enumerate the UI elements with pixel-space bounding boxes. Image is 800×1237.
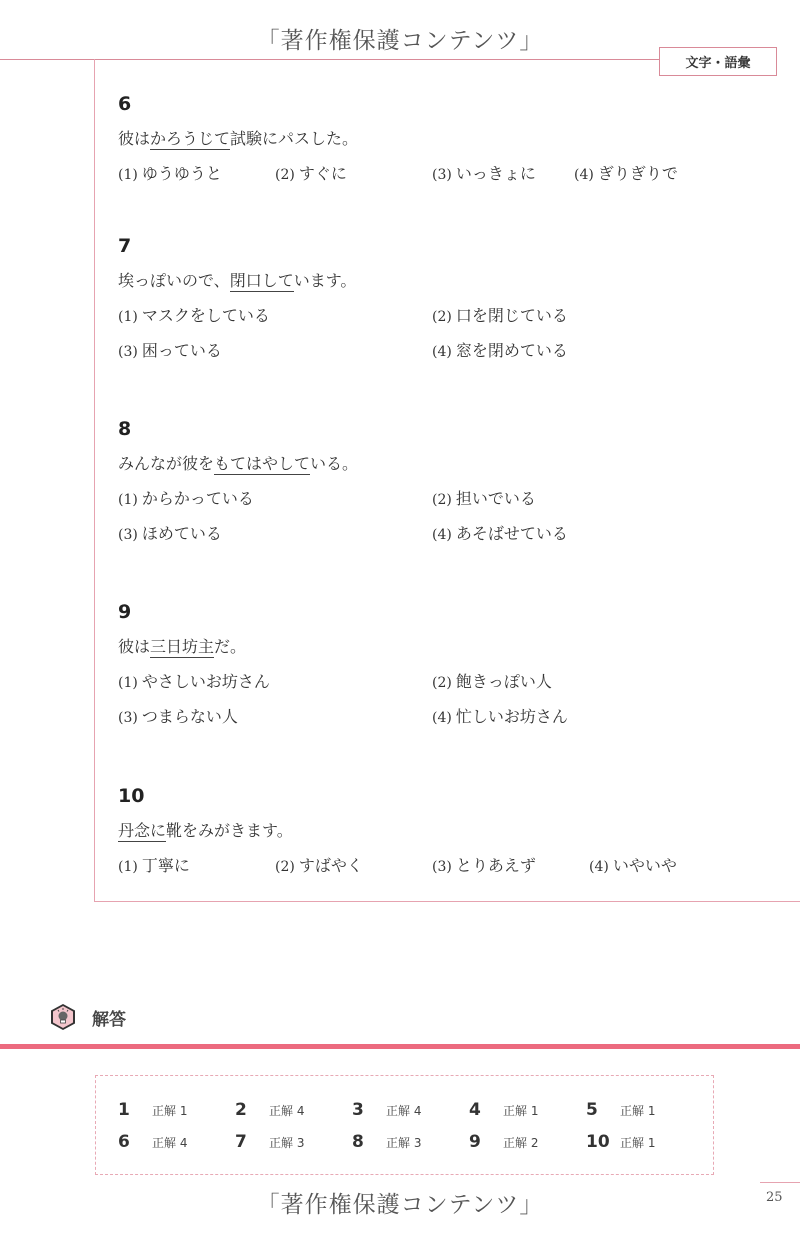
page-number-rule (760, 1182, 800, 1183)
options-row: (1)からかっている (2)担いでいる (118, 486, 758, 508)
option-2[interactable]: (2)すばやく (275, 853, 432, 875)
options-row: (1)丁寧に (2)すばやく (3)とりあえず (4)いやいや (118, 853, 758, 875)
question-7: 7 埃っぽいので、閉口しています。 (1)マスクをしている (2)口を閉じている… (118, 235, 758, 360)
question-10: 10 丹念に靴をみがきます。 (1)丁寧に (2)すばやく (3)とりあえず (… (118, 785, 758, 875)
answers-title: 解答 (92, 1005, 126, 1030)
option-1[interactable]: (1)からかっている (118, 486, 432, 508)
option-1[interactable]: (1)マスクをしている (118, 303, 432, 325)
page-number: 25 (766, 1190, 783, 1205)
answer-key-box: 1正解 1 2正解 4 3正解 4 4正解 1 5正解 1 6正解 4 7正解 … (95, 1075, 714, 1175)
answer-item: 5正解 1 (586, 1100, 703, 1120)
stem-text: いる。 (310, 454, 358, 473)
options-row: (3)ほめている (4)あそばせている (118, 521, 758, 543)
option-1[interactable]: (1)丁寧に (118, 853, 275, 875)
question-number: 7 (118, 235, 758, 259)
question-8: 8 みんなが彼をもてはやしている。 (1)からかっている (2)担いでいる (3… (118, 418, 758, 543)
copyright-watermark-bottom: 「著作権保護コンテンツ」 (0, 1186, 800, 1219)
answer-item: 9正解 2 (469, 1132, 586, 1152)
option-4[interactable]: (4)窓を閉めている (432, 338, 746, 360)
option-4[interactable]: (4)いやいや (589, 853, 677, 875)
option-3[interactable]: (3)いっきょに (432, 161, 574, 183)
answers-rule (0, 1044, 800, 1049)
question-stem: 彼は三日坊主だ。 (118, 634, 758, 656)
question-stem: 埃っぽいので、閉口しています。 (118, 268, 758, 290)
question-stem: 丹念に靴をみがきます。 (118, 818, 758, 840)
option-3[interactable]: (3)ほめている (118, 521, 432, 543)
option-3[interactable]: (3)つまらない人 (118, 704, 432, 726)
question-stem: 彼はかろうじて試験にパスした。 (118, 126, 758, 148)
answer-item: 4正解 1 (469, 1100, 586, 1120)
stem-text: います。 (294, 271, 357, 290)
stem-text: 彼は (118, 129, 150, 148)
option-2[interactable]: (2)すぐに (275, 161, 432, 183)
question-number: 6 (118, 93, 758, 117)
option-3[interactable]: (3)困っている (118, 338, 432, 360)
stem-text: 試験にパスした。 (230, 129, 358, 148)
option-3[interactable]: (3)とりあえず (432, 853, 589, 875)
options-row: (1)マスクをしている (2)口を閉じている (118, 303, 758, 325)
question-6: 6 彼はかろうじて試験にパスした。 (1)ゆうゆうと (2)すぐに (3)いっき… (118, 93, 758, 183)
option-1[interactable]: (1)ゆうゆうと (118, 161, 275, 183)
option-2[interactable]: (2)口を閉じている (432, 303, 746, 325)
answers-header: 解答 (50, 1003, 126, 1031)
options-row: (3)つまらない人 (4)忙しいお坊さん (118, 704, 758, 726)
answer-item: 6正解 4 (118, 1132, 235, 1152)
stem-text: 靴をみがきます。 (166, 821, 293, 840)
option-2[interactable]: (2)担いでいる (432, 486, 746, 508)
lightbulb-icon (50, 1003, 76, 1031)
underlined-term: 閉口して (230, 271, 294, 292)
question-number: 9 (118, 601, 758, 625)
question-number: 8 (118, 418, 758, 442)
stem-text: 彼は (118, 637, 150, 656)
answer-row: 6正解 4 7正解 3 8正解 3 9正解 2 10正解 1 (118, 1132, 703, 1152)
stem-text: だ。 (214, 637, 246, 656)
stem-text: 埃っぽいので、 (118, 271, 230, 290)
option-4[interactable]: (4)忙しいお坊さん (432, 704, 746, 726)
option-4[interactable]: (4)あそばせている (432, 521, 746, 543)
answer-item: 1正解 1 (118, 1100, 235, 1120)
underlined-term: 丹念に (118, 821, 166, 842)
question-9: 9 彼は三日坊主だ。 (1)やさしいお坊さん (2)飽きっぽい人 (3)つまらな… (118, 601, 758, 726)
underlined-term: 三日坊主 (150, 637, 214, 658)
answer-item: 3正解 4 (352, 1100, 469, 1120)
options-row: (1)ゆうゆうと (2)すぐに (3)いっきょに (4)ぎりぎりで (118, 161, 758, 183)
answer-item: 7正解 3 (235, 1132, 352, 1152)
answer-item: 10正解 1 (586, 1132, 703, 1152)
option-4[interactable]: (4)ぎりぎりで (574, 161, 678, 183)
answer-item: 2正解 4 (235, 1100, 352, 1120)
underlined-term: もてはやして (214, 454, 310, 475)
options-row: (1)やさしいお坊さん (2)飽きっぽい人 (118, 669, 758, 691)
option-2[interactable]: (2)飽きっぽい人 (432, 669, 746, 691)
question-stem: みんなが彼をもてはやしている。 (118, 451, 758, 473)
answer-item: 8正解 3 (352, 1132, 469, 1152)
question-number: 10 (118, 785, 758, 809)
answer-row: 1正解 1 2正解 4 3正解 4 4正解 1 5正解 1 (118, 1100, 703, 1120)
underlined-term: かろうじて (150, 129, 230, 150)
option-1[interactable]: (1)やさしいお坊さん (118, 669, 432, 691)
stem-text: みんなが彼を (118, 454, 214, 473)
options-row: (3)困っている (4)窓を閉めている (118, 338, 758, 360)
